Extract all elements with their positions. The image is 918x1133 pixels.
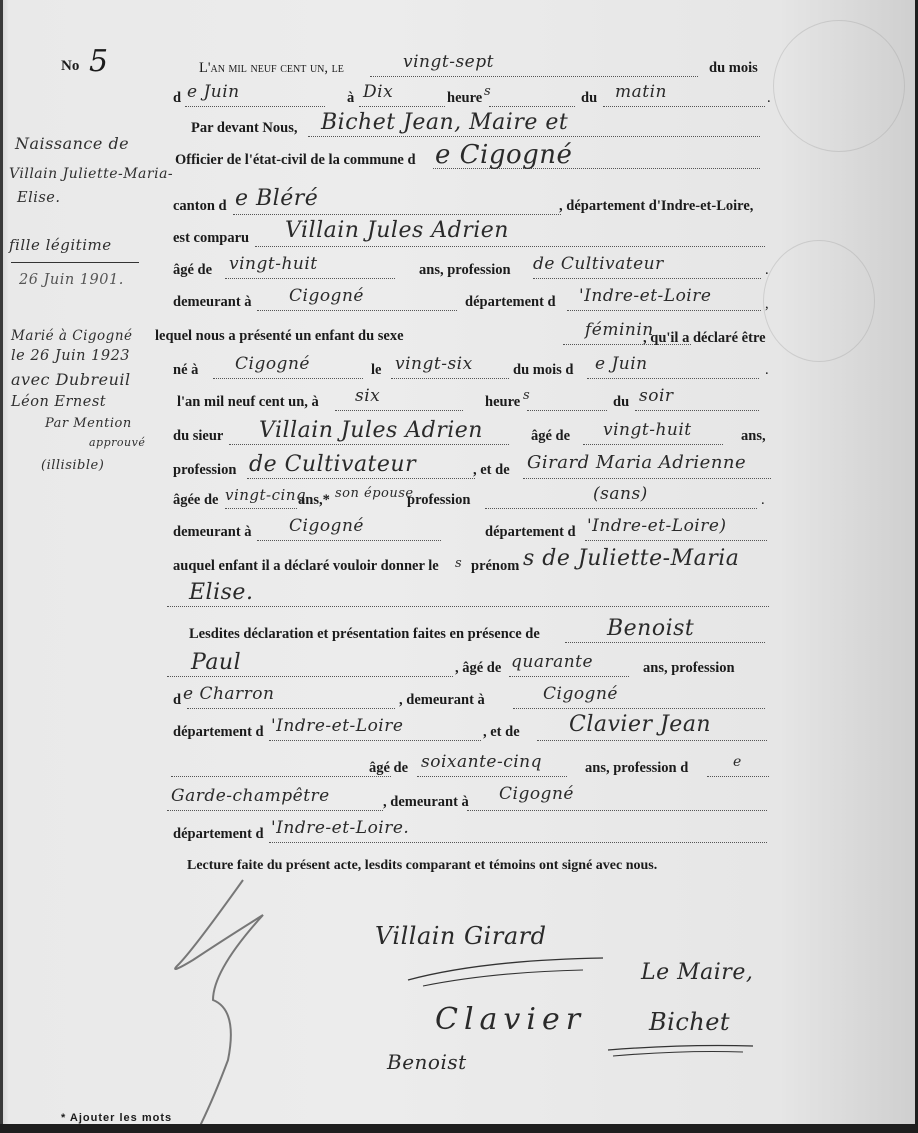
fill-line [335, 410, 463, 411]
fill-line [485, 508, 757, 509]
record-number: 5 [89, 44, 108, 79]
birth-record-page: No 5 Naissance de Villain Juliette-Maria… [0, 0, 915, 1124]
signature-mayor-title: Le Maire, [641, 960, 753, 985]
child-given-names-continued: Elise. [189, 580, 253, 605]
text-auquel-enfant: auquel enfant il a déclaré vouloir donne… [173, 558, 439, 575]
fill-line [167, 606, 769, 607]
fill-line [467, 810, 767, 811]
text-period: . [761, 492, 765, 509]
text-ans-profession-d: ans, profession d [585, 760, 688, 777]
text-ans-profession: ans, profession [643, 660, 735, 677]
margin-underline [11, 262, 139, 263]
text-lecture-faite: Lecture faite du présent acte, lesdits c… [187, 858, 657, 874]
father-profession-field: de Cultivateur [249, 452, 416, 477]
margin-mention-line-2: approuvé [89, 436, 145, 449]
month-field: e Juin [187, 82, 240, 102]
text-age-de: âgé de [531, 428, 570, 445]
text-du-sieur: du sieur [173, 428, 223, 445]
fill-line [513, 708, 765, 709]
margin-mention-line-1: Par Mention [45, 416, 132, 431]
margin-marriage-line-2: le 26 Juin 1923 [11, 348, 130, 364]
margin-note-line-4: fille légitime [9, 236, 112, 254]
father-name-field: Villain Jules Adrien [259, 418, 483, 443]
text-d: d [173, 692, 181, 709]
child-given-names-field: s de Juliette-Maria [523, 546, 739, 571]
text-profession: profession [407, 492, 470, 509]
fill-line [635, 410, 759, 411]
fill-line [167, 676, 453, 677]
birth-day-field: vingt-six [395, 354, 473, 374]
fill-line [171, 776, 391, 777]
text-departement: département d [173, 826, 264, 843]
officer-name-field: Bichet Jean, Maire et [321, 110, 568, 135]
text-ne-a: né à [173, 362, 198, 379]
fill-line [225, 508, 297, 509]
fill-line [225, 278, 395, 279]
witness2-age-field: soixante-cinq [421, 752, 542, 772]
stamp-seal-top [773, 20, 905, 152]
fill-line [233, 214, 561, 215]
text-profession: profession [173, 462, 236, 479]
time-of-day-field: matin [615, 82, 667, 102]
text-du: du [581, 90, 597, 107]
declarant-age-field: vingt-huit [229, 254, 318, 274]
canton-field: e Bléré [235, 186, 318, 211]
margin-note-line-3: Elise. [17, 190, 61, 206]
day-field: vingt-sept [403, 52, 494, 72]
signature-witness2: Benoist [387, 1050, 467, 1074]
mother-age-field: vingt-cinq [225, 486, 306, 504]
margin-note-line-2: Villain Juliette-Maria- [9, 166, 173, 182]
margin-marriage-line-3: avec Dubreuil [11, 370, 131, 389]
fill-line [391, 378, 509, 379]
text-canton: canton d [173, 198, 227, 215]
hour-field: Dix [363, 82, 393, 102]
declarant-profession-field: de Cultivateur [533, 254, 664, 274]
fill-line [565, 642, 765, 643]
text-ans-profession: ans, profession [419, 262, 511, 279]
signature-witness1: Clavier [435, 1002, 586, 1037]
text-a: à [347, 90, 354, 107]
text-lesdites-declaration: Lesdites déclaration et présentation fai… [189, 626, 540, 643]
witness1-age-field: quarante [511, 652, 593, 672]
signature-mayor: Bichet [649, 1008, 730, 1036]
text-du: du [613, 394, 629, 411]
fill-line [417, 776, 567, 777]
plural-s-field: s [455, 556, 462, 571]
witness2-name-field: Clavier Jean [569, 712, 711, 737]
text-heure: heure [485, 394, 520, 411]
text-age-de: , âgé de [455, 660, 501, 677]
record-number-label: No [61, 58, 79, 75]
mother-name-field: Girard Maria Adrienne [527, 452, 746, 473]
margin-marriage-line-1: Marié à Cigogné [11, 328, 133, 344]
parents-department-field: 'Indre-et-Loire) [587, 516, 727, 536]
text-period: . [765, 362, 769, 379]
text-agee-de: âgée de [173, 492, 219, 509]
text-year-intro: L'an mil neuf cent un, le [199, 60, 344, 77]
fill-line [537, 740, 767, 741]
birth-hour-field: six [355, 386, 380, 406]
text-du-mois: du mois [709, 60, 758, 77]
text-demeurant-a: , demeurant à [383, 794, 469, 811]
text-period: . [767, 90, 771, 107]
stamp-seal-middle [763, 240, 875, 362]
text-departement: département d [173, 724, 264, 741]
witness1-surname-field: Benoist [607, 616, 694, 641]
signature-declarant: Villain Girard [375, 922, 546, 950]
birth-period-field: soir [639, 386, 674, 406]
fill-line [255, 246, 765, 247]
fill-line [213, 378, 363, 379]
text-age-de: âgé de [173, 262, 212, 279]
witness2-residence-field: Cigogné [499, 784, 574, 804]
text-comma: , [765, 296, 769, 313]
text-demeurant: demeurant à [173, 294, 252, 311]
text-departement: département d [465, 294, 556, 311]
fill-line [359, 106, 445, 107]
text-ans: ans, [741, 428, 766, 445]
mother-relation-field: son épouse [335, 486, 414, 501]
fill-line [587, 378, 759, 379]
text-heure: heure [447, 90, 482, 107]
text-ans-asterisk: ans,* [298, 492, 330, 509]
commune-field: e Cigogné [435, 140, 572, 170]
text-officier: Officier de l'état-civil de la commune d [175, 152, 416, 169]
text-du-mois: du mois d [513, 362, 573, 379]
margin-marriage-line-4: Léon Ernest [11, 394, 106, 410]
fill-line [257, 310, 457, 311]
fill-line [533, 278, 761, 279]
witness2-profession-prefix: e [733, 754, 742, 770]
fill-line [489, 106, 575, 107]
footnote-line-1: * Ajouter les mots [61, 1112, 172, 1124]
text-et-de: , et de [473, 462, 510, 479]
text-prenom: prénom [471, 558, 519, 575]
text-par-devant: Par devant Nous, [191, 120, 297, 137]
witness1-residence-field: Cigogné [543, 684, 618, 704]
signature-flourish [403, 950, 623, 990]
fill-line [257, 540, 441, 541]
fill-line [167, 810, 383, 811]
fill-line [269, 740, 481, 741]
text-period: . [765, 262, 769, 279]
margin-mention-line-3: (illisible) [41, 458, 104, 473]
pencil-stroke [153, 870, 283, 1124]
declarant-residence-field: Cigogné [289, 286, 364, 306]
fill-line [308, 136, 760, 137]
father-age-field: vingt-huit [603, 420, 692, 440]
fill-line [523, 478, 771, 479]
fill-line [509, 676, 629, 677]
fill-line [707, 776, 769, 777]
fill-line [583, 444, 723, 445]
birth-month-field: e Juin [595, 354, 648, 374]
text-age-de: âgé de [369, 760, 408, 777]
fill-line [370, 76, 698, 77]
birthplace-field: Cigogné [235, 354, 310, 374]
fill-line [269, 842, 767, 843]
fill-line [185, 106, 325, 107]
text-departement-indre-et-loire: , département d'Indre-et-Loire, [559, 198, 753, 215]
declarant-department-field: 'Indre-et-Loire [579, 286, 711, 306]
text-demeurant: demeurant à [173, 524, 252, 541]
witness1-profession-field: e Charron [183, 684, 275, 704]
fill-line [567, 310, 761, 311]
hour-plural-field: s [484, 84, 491, 99]
text-qu-il-a-declare: , qu'il a déclaré être [643, 330, 766, 347]
margin-note-line-1: Naissance de [15, 134, 129, 153]
fill-line [585, 540, 767, 541]
text-et-de: , et de [483, 724, 520, 741]
text-d: d [173, 90, 181, 107]
text-demeurant-a: , demeurant à [399, 692, 485, 709]
text-departement: département d [485, 524, 576, 541]
fill-line [247, 478, 475, 479]
text-an-mil: l'an mil neuf cent un, à [177, 394, 319, 411]
declarant-name-field: Villain Jules Adrien [285, 218, 509, 243]
text-le: le [371, 362, 381, 379]
parents-residence-field: Cigogné [289, 516, 364, 536]
fill-line [187, 708, 395, 709]
margin-note-date: 26 Juin 1901. [19, 272, 124, 288]
witness1-department-field: 'Indre-et-Loire [271, 716, 403, 736]
fill-line [229, 444, 509, 445]
witness1-firstname-field: Paul [191, 650, 241, 675]
witness2-profession-field: Garde-champêtre [171, 786, 330, 806]
fill-line [527, 410, 607, 411]
text-lequel: lequel nous a présenté un enfant du sexe [155, 328, 404, 345]
hour-plural-field: s [523, 388, 530, 403]
fill-line [603, 106, 765, 107]
witness2-department-field: 'Indre-et-Loire. [271, 818, 409, 838]
mother-profession-field: (sans) [593, 484, 648, 504]
text-est-comparu: est comparu [173, 230, 249, 247]
